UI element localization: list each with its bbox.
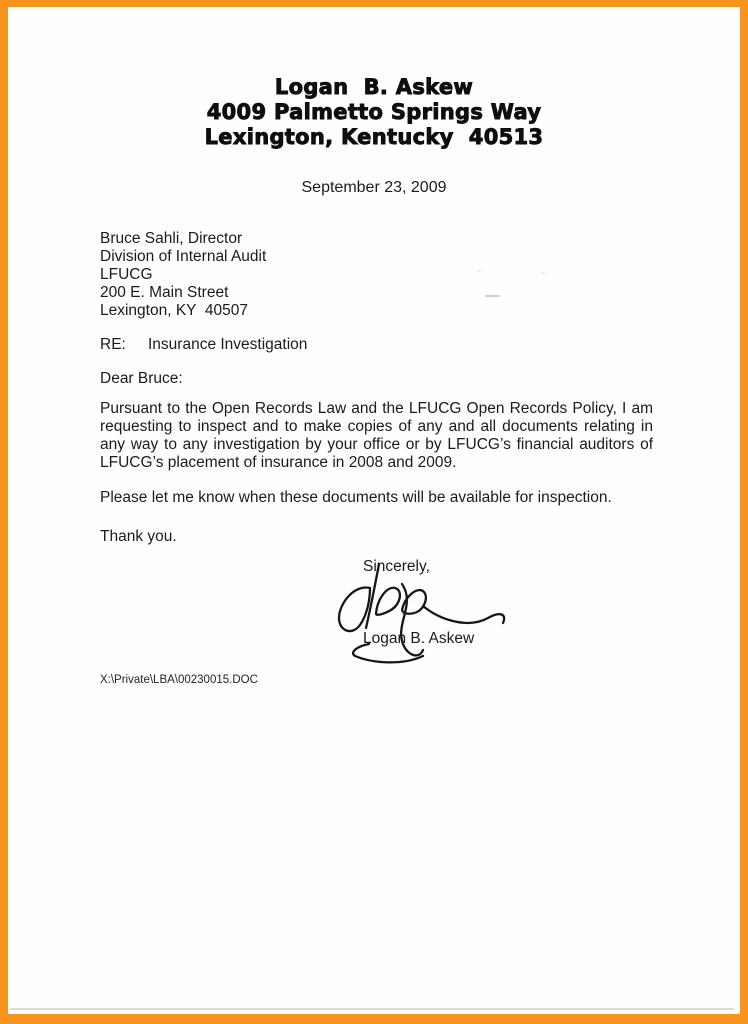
body-paragraph-availability: Please let me know when these documents … bbox=[100, 489, 653, 507]
subject-label: RE: bbox=[100, 336, 148, 354]
letterhead-address-street: 4009 Palmetto Springs Way bbox=[8, 100, 740, 125]
page-edge-shadow bbox=[10, 1008, 734, 1010]
subject-text: Insurance Investigation bbox=[148, 336, 307, 354]
scan-artifact bbox=[477, 270, 481, 272]
letterhead-address-city: Lexington, Kentucky 40513 bbox=[8, 125, 740, 150]
closing-block: Sincerely, Logan B. Askew bbox=[100, 558, 740, 670]
letterhead: Logan B. Askew 4009 Palmetto Springs Way… bbox=[8, 7, 740, 150]
letter-page: Logan B. Askew 4009 Palmetto Springs Way… bbox=[8, 7, 740, 1014]
scanned-letter-screenshot: { "colors": { "frame": "#F7941E", "paper… bbox=[0, 0, 748, 1024]
body-paragraph-request: Pursuant to the Open Records Law and the… bbox=[100, 400, 653, 472]
orange-frame-border: Logan B. Askew 4009 Palmetto Springs Way… bbox=[0, 0, 748, 1024]
salutation: Dear Bruce: bbox=[100, 370, 740, 388]
letterhead-name: Logan B. Askew bbox=[8, 75, 740, 100]
subject-line: RE: Insurance Investigation bbox=[100, 336, 740, 354]
recipient-name: Bruce Sahli, Director bbox=[100, 230, 740, 248]
recipient-city: Lexington, KY 40507 bbox=[100, 302, 740, 320]
scan-artifact bbox=[485, 295, 500, 297]
handwritten-signature bbox=[332, 562, 512, 666]
scan-artifact bbox=[541, 272, 545, 274]
signer-typed-name: Logan B. Askew bbox=[363, 630, 474, 648]
letter-date: September 23, 2009 bbox=[8, 178, 740, 197]
recipient-division: Division of Internal Audit bbox=[100, 248, 740, 266]
recipient-street: 200 E. Main Street bbox=[100, 284, 740, 302]
recipient-address-block: Bruce Sahli, Director Division of Intern… bbox=[100, 230, 740, 320]
file-reference: X:\Private\LBA\00230015.DOC bbox=[100, 673, 740, 687]
body-paragraph-thanks: Thank you. bbox=[100, 528, 653, 546]
recipient-organization: LFUCG bbox=[100, 266, 740, 284]
